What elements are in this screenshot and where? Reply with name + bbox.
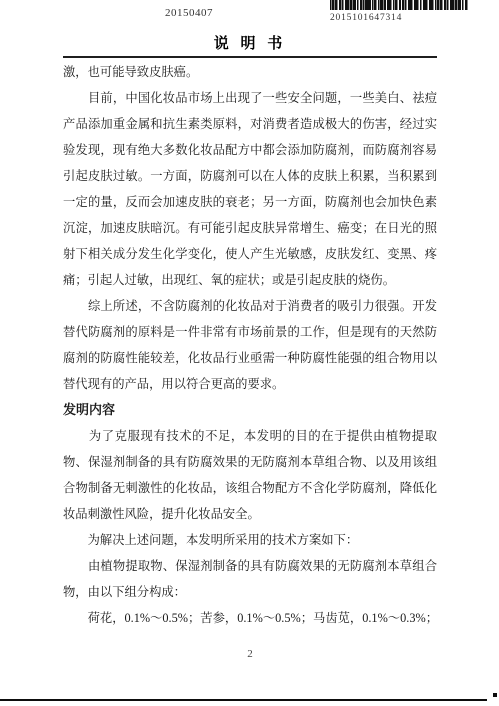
body-paragraph: 荷花，0.1%～0.5%；苦参，0.1%～0.5%；马齿苋，0.1%～0.3%； [63,605,437,631]
text-line: 荷花，0.1%～0.5%；苦参，0.1%～0.5%；马齿苋，0.1%～0.3%； [63,605,437,631]
body-paragraph: 为了克服现有技术的不足，本发明的目的在于提供由植物提取物、保湿剂制备的具有防腐效… [63,423,437,527]
patent-specification-page: 20150407 2015101647314 说 明 书 激，也可能导致皮肤癌。… [0,0,499,706]
text-line: 妆品刺激性风险，提升化妆品安全。 [63,501,437,527]
section-heading: 发明内容 [63,397,437,423]
body-paragraph: 目前，中国化妆品市场上出现了一些安全问题，一些美白、祛痘产品添加重金属和抗生素类… [63,85,437,293]
title-divider-line [63,56,437,58]
text-line: 替代现有的产品，用以符合更高的要求。 [63,371,437,397]
scan-edge-line [0,699,487,701]
body-paragraph: 激，也可能导致皮肤癌。 [63,59,437,85]
body-paragraph: 为解决上述问题，本发明所采用的技术方案如下： [63,527,437,553]
text-line: 发明内容 [63,397,437,423]
text-line: 目前，中国化妆品市场上出现了一些安全问题，一些美白、祛痘 [63,85,437,111]
text-line: 一定的量，反而会加速皮肤的衰老；另一方面，防腐剂也会加快色素 [63,189,437,215]
text-line: 产品添加重金属和抗生素类原料，对消费者造成极大的伤害，经过实 [63,111,437,137]
page-number: 2 [63,648,437,660]
text-line: 物，由以下组分构成： [63,579,437,605]
text-line: 合物制备无刺激性的化妆品，该组合物配方不含化学防腐剂，降低化 [63,475,437,501]
text-line: 为解决上述问题，本发明所采用的技术方案如下： [63,527,437,553]
publication-date-number: 20150407 [165,7,213,19]
text-line: 为了克服现有技术的不足，本发明的目的在于提供由植物提取 [63,423,437,449]
scan-artifact-dot [493,693,497,697]
text-line: 痛；引起人过敏，出现红、氧的症状；或是引起皮肤的烧伤。 [63,267,437,293]
text-line: 沉淀，加速皮肤暗沉。有可能引起皮肤异常增生、癌变；在日光的照 [63,215,437,241]
barcode-image [330,0,468,10]
text-line: 腐剂的防腐性能较差，化妆品行业亟需一种防腐性能强的组合物用以 [63,345,437,371]
text-line: 综上所述，不含防腐剂的化妆品对于消费者的吸引力很强。开发 [63,293,437,319]
text-line: 替代防腐剂的原料是一件非常有市场前景的工作，但是现有的天然防 [63,319,437,345]
document-body: 激，也可能导致皮肤癌。 目前，中国化妆品市场上出现了一些安全问题，一些美白、祛痘… [63,59,437,631]
document-title: 说 明 书 [63,32,437,53]
body-paragraph: 由植物提取物、保湿剂制备的具有防腐效果的无防腐剂本草组合物，由以下组分构成： [63,553,437,605]
text-line: 物、保湿剂制备的具有防腐效果的无防腐剂本草组合物、以及用该组 [63,449,437,475]
text-line: 引起皮肤过敏。一方面，防腐剂可以在人体的皮肤上积累，当积累到 [63,163,437,189]
text-line: 激，也可能导致皮肤癌。 [63,59,437,85]
text-line: 射下相关成分发生化学变化，使人产生光敏感，皮肤发红、变黑、疼 [63,241,437,267]
application-number: 2015101647314 [330,13,402,23]
text-line: 由植物提取物、保湿剂制备的具有防腐效果的无防腐剂本草组合 [63,553,437,579]
text-line: 验发现，现有绝大多数化妆品配方中都会添加防腐剂，而防腐剂容易 [63,137,437,163]
body-paragraph: 综上所述，不含防腐剂的化妆品对于消费者的吸引力很强。开发替代防腐剂的原料是一件非… [63,293,437,397]
